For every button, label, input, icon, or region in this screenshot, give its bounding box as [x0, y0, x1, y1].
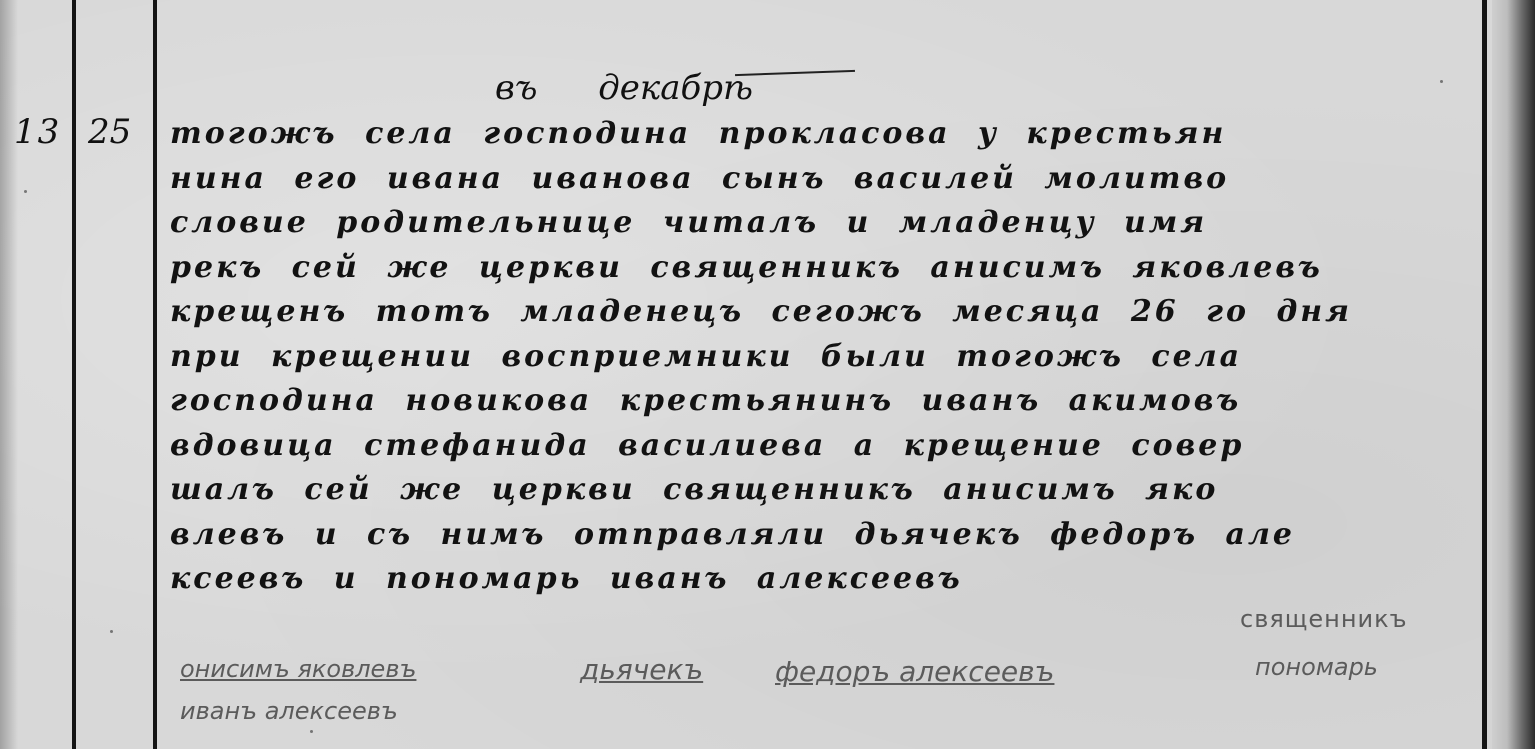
deacon-label: дьячекъ [580, 653, 703, 686]
register-page: 13 25 въ декабрѣ тогожъ села господина п… [0, 0, 1535, 749]
column-rule-right [1482, 0, 1487, 749]
paper-speck [1440, 80, 1443, 83]
entry-line: вдовица стефанида василиева а крещение с… [170, 424, 1480, 469]
page-binding-edge [1492, 0, 1535, 749]
priest-label: священникъ [1240, 605, 1408, 633]
entry-line: при крещении восприемники были тогожъ се… [170, 335, 1480, 380]
entry-line: рекъ сей же церкви священникъ анисимъ як… [170, 246, 1480, 291]
entry-line: словие родительнице читалъ и младенцу им… [170, 201, 1480, 246]
column-rule-middle [153, 0, 157, 749]
paper-speck [24, 190, 27, 193]
sexton-label: пономарь [1255, 653, 1378, 681]
entry-line: влевъ и съ нимъ отправляли дьячекъ федор… [170, 513, 1480, 558]
paper-speck [310, 730, 313, 733]
column-rule-left [72, 0, 76, 749]
signature-block: онисимъ яковлевъ дьячекъ федоръ алексеев… [180, 645, 1480, 745]
entry-line: нина его ивана иванова сынъ василей моли… [170, 157, 1480, 202]
month-heading: въ декабрѣ [495, 68, 753, 108]
record-day: 25 [88, 112, 131, 152]
entry-line: ксеевъ и пономарь иванъ алексеевъ [170, 557, 1480, 602]
entry-line: господина новикова крестьянинъ иванъ аки… [170, 379, 1480, 424]
sexton-signature: иванъ алексеевъ [180, 697, 398, 725]
entry-line: тогожъ села господина прокласова у крест… [170, 112, 1480, 157]
baptism-entry-text: тогожъ села господина прокласова у крест… [170, 112, 1480, 602]
paper-speck [110, 630, 113, 633]
priest-signature: онисимъ яковлевъ [180, 655, 416, 683]
deacon-signature: федоръ алексеевъ [775, 655, 1054, 688]
record-number: 13 [14, 112, 61, 152]
entry-line: крещенъ тотъ младенецъ сегожъ месяца 26 … [170, 290, 1480, 335]
entry-line: шалъ сей же церкви священникъ анисимъ як… [170, 468, 1480, 513]
